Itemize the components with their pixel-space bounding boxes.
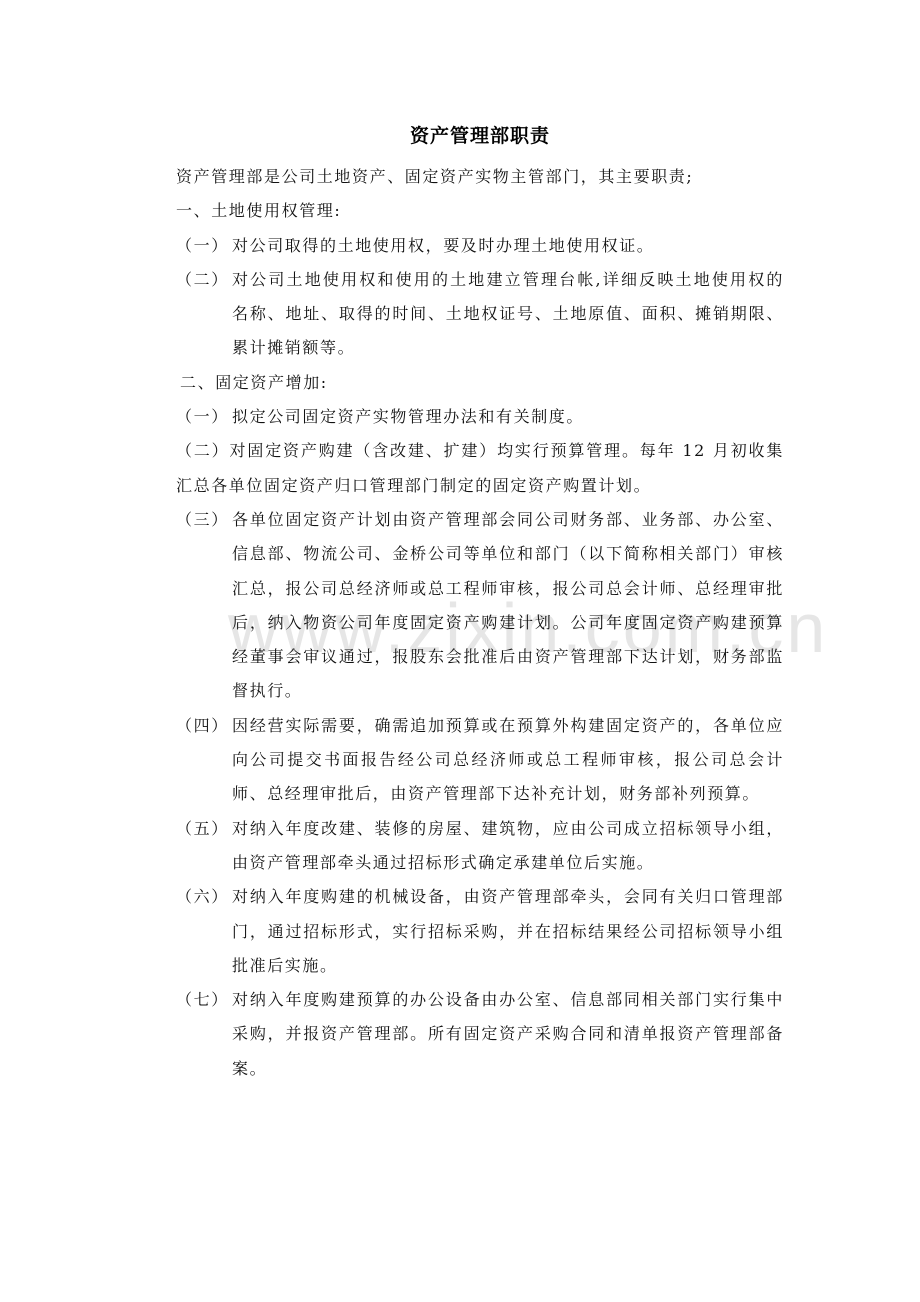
item-text: 各单位固定资产计划由资产管理部会同公司财务部、业务部、办公室、信息部、物流公司、…: [232, 510, 784, 700]
intro-paragraph: 资产管理部是公司土地资产、固定资产实物主管部门，其主要职责;: [176, 160, 784, 194]
item-text: 拟定公司固定资产实物管理办法和有关制度。: [232, 407, 584, 426]
list-item: （七） 对纳入年度购建预算的办公设备由办公室、信息部同相关部门实行集中采购，并报…: [176, 983, 784, 1086]
list-item: （三） 各单位固定资产计划由资产管理部会同公司财务部、业务部、办公室、信息部、物…: [176, 503, 784, 709]
list-item: （二） 对公司土地使用权和使用的土地建立管理台帐,详细反映土地使用权的名称、地址…: [176, 263, 784, 366]
list-item: （一） 拟定公司固定资产实物管理办法和有关制度。: [176, 400, 784, 434]
document-page: www.zixin.com.cn 资产管理部职责 资产管理部是公司土地资产、固定…: [0, 0, 920, 1302]
document-body: 资产管理部职责 资产管理部是公司土地资产、固定资产实物主管部门，其主要职责; 一…: [176, 118, 784, 1086]
document-title: 资产管理部职责: [176, 118, 784, 154]
item-label: （六）: [176, 880, 232, 914]
item-label: （四）: [176, 709, 232, 743]
item-text: 对公司土地使用权和使用的土地建立管理台帐,详细反映土地使用权的名称、地址、取得的…: [232, 270, 784, 358]
item-label: （二）: [176, 441, 230, 460]
list-item: （五） 对纳入年度改建、装修的房屋、建筑物，应由公司成立招标领导小组，由资产管理…: [176, 812, 784, 881]
section-heading-fixed-assets: 二、固定资产增加:: [176, 366, 784, 400]
list-item: （四） 因经营实际需要，确需追加预算或在预算外构建固定资产的，各单位应向公司提交…: [176, 709, 784, 812]
item-text: 对纳入年度购建的机械设备，由资产管理部牵头，会同有关归口管理部门，通过招标形式，…: [232, 887, 784, 975]
list-item: （一） 对公司取得的土地使用权，要及时办理土地使用权证。: [176, 229, 784, 263]
item-text: 因经营实际需要，确需追加预算或在预算外构建固定资产的，各单位应向公司提交书面报告…: [232, 716, 784, 804]
list-item: （二）对固定资产购建（含改建、扩建）均实行预算管理。每年 12 月初收集汇总各单…: [176, 434, 784, 503]
section-heading-land-use: 一、土地使用权管理:: [176, 194, 784, 228]
item-label: （一）: [176, 229, 232, 263]
item-label: （一）: [176, 400, 232, 434]
item-text: 对固定资产购建（含改建、扩建）均实行预算管理。每年 12 月初收集汇总各单位固定…: [176, 441, 784, 494]
list-item: （六） 对纳入年度购建的机械设备，由资产管理部牵头，会同有关归口管理部门，通过招…: [176, 880, 784, 983]
item-label: （三）: [176, 503, 232, 537]
item-label: （二）: [176, 263, 232, 297]
item-text: 对公司取得的土地使用权，要及时办理土地使用权证。: [232, 236, 654, 255]
item-label: （七）: [176, 983, 232, 1017]
item-label: （五）: [176, 812, 232, 846]
item-text: 对纳入年度购建预算的办公设备由办公室、信息部同相关部门实行集中采购，并报资产管理…: [232, 990, 784, 1078]
item-text: 对纳入年度改建、装修的房屋、建筑物，应由公司成立招标领导小组，由资产管理部牵头通…: [232, 819, 784, 872]
